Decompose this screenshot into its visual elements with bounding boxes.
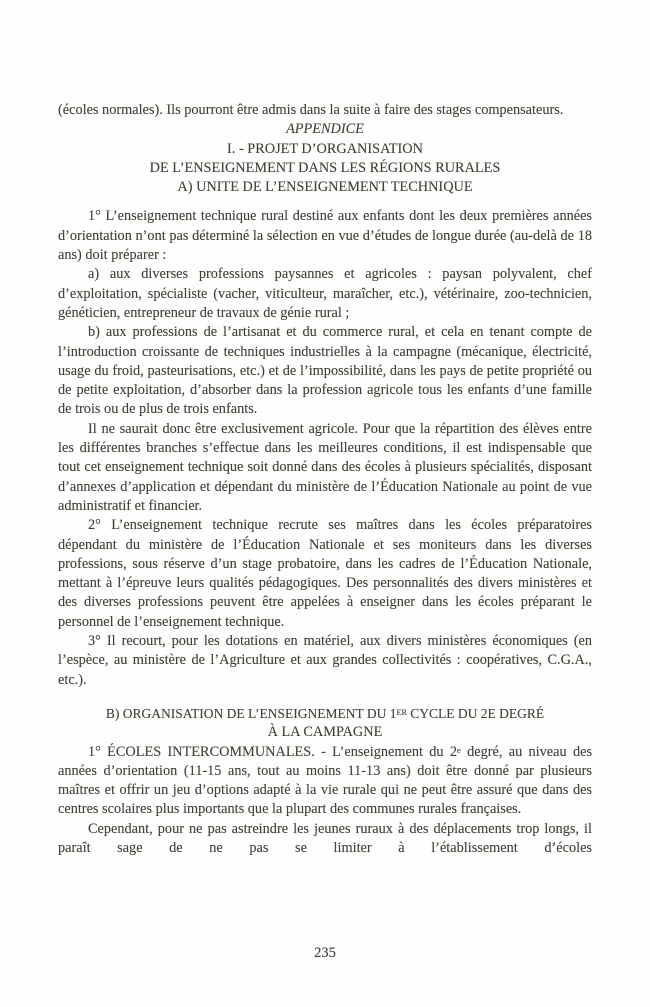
section-b-heading-text: B) ORGANISATION DE L’ENSEIGNEMENT DU 1: [106, 706, 397, 721]
section-b-heading-text-after: CYCLE DU 2E DEGRÉ: [407, 706, 544, 721]
spacer: [58, 197, 592, 207]
paragraph-continuation: (écoles normales). Ils pourront être adm…: [58, 101, 592, 120]
paragraph-3: 2° L’enseignement technique recrute ses …: [58, 516, 592, 632]
title-line-2: DE L’ENSEIGNEMENT DANS LES RÉGIONS RURAL…: [58, 159, 592, 178]
paragraph-item-b: b) aux professions de l’artisanat et du …: [58, 323, 592, 419]
paragraph-2: Il ne saurait donc être exclusivement ag…: [58, 420, 592, 516]
paragraph-5-text: 1° ÉCOLES INTERCOMMUNALES. - L’enseignem…: [88, 744, 457, 760]
page-number: 235: [0, 944, 650, 963]
section-b-heading-line2: À LA CAMPAGNE: [58, 723, 592, 742]
paragraph-5: 1° ÉCOLES INTERCOMMUNALES. - L’enseignem…: [58, 743, 592, 820]
paragraph-4: 3° Il recourt, pour les dotations en mat…: [58, 632, 592, 690]
spacer: [58, 690, 592, 704]
title-line-1: I. - PROJET D’ORGANISATION: [58, 140, 592, 159]
superscript-er: ER: [397, 708, 407, 717]
appendix-title: APPENDICE: [58, 120, 592, 139]
section-b-heading-line1: B) ORGANISATION DE L’ENSEIGNEMENT DU 1ER…: [58, 704, 592, 723]
paragraph-1: 1° L’enseignement technique rural destin…: [58, 207, 592, 265]
section-a-heading: A) UNITE DE L’ENSEIGNEMENT TECHNIQUE: [58, 178, 592, 197]
paragraph-6: Cependant, pour ne pas astreindre les je…: [58, 820, 592, 859]
paragraph-item-a: a) aux diverses professions paysannes et…: [58, 265, 592, 323]
document-page: (écoles normales). Ils pourront être adm…: [0, 0, 650, 1007]
